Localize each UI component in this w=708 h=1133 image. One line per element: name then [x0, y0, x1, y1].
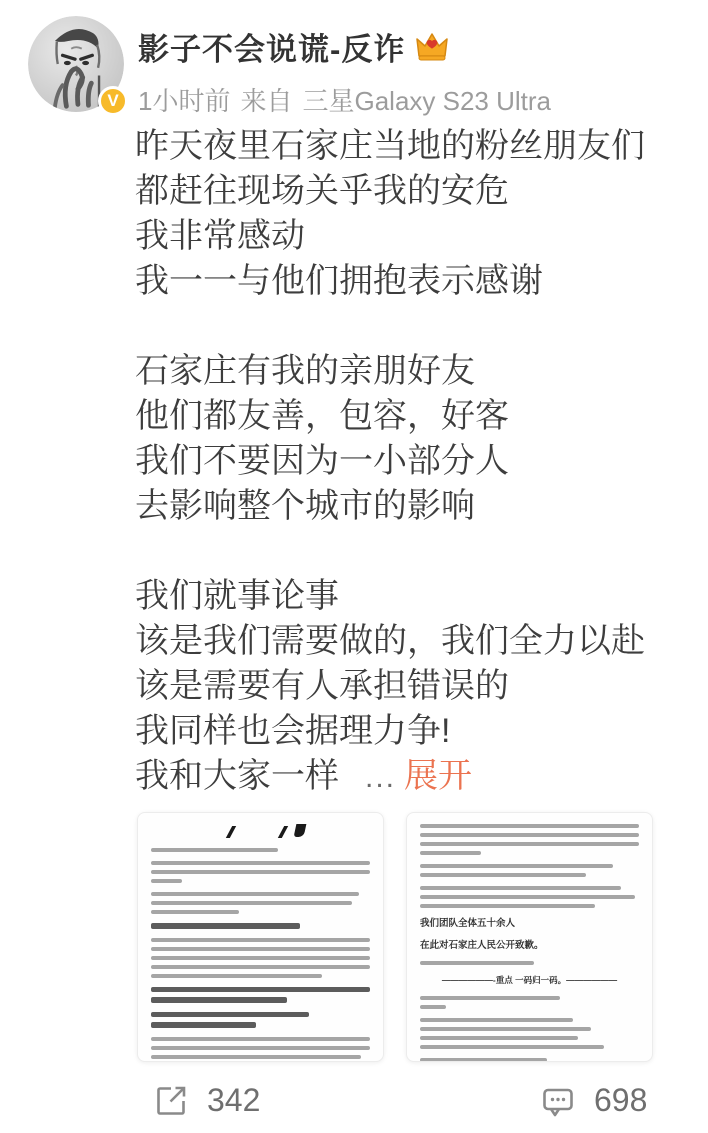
- blurred-text-line: [151, 997, 287, 1003]
- blurred-text-line: [420, 961, 534, 965]
- blurred-text-line: [151, 892, 359, 896]
- blurred-text-line: [420, 904, 595, 908]
- post-text-line: 昨天夜里石家庄当地的粉丝朋友们: [135, 124, 700, 169]
- attachment-image-statement-page-1[interactable]: [137, 812, 384, 1062]
- blurred-text-line: [151, 987, 370, 993]
- doc-heading-text: 我们团队全体五十余人: [420, 917, 639, 930]
- doc-heading: 我们团队全体五十余人: [420, 917, 639, 930]
- blurred-text-line: [151, 861, 370, 865]
- post-text-line: 石家庄有我的亲朋好友: [135, 349, 700, 394]
- attachment-image-statement-page-2[interactable]: 我们团队全体五十余人在此对石家庄人民公开致歉。——————-重点 一码归一码。—…: [406, 812, 653, 1062]
- doc-blurred-paragraph: [151, 848, 370, 852]
- post-text-line: 我们不要因为一小部分人: [135, 439, 700, 484]
- blurred-text-line: [420, 833, 639, 837]
- cropped-large-text-marks: [229, 824, 370, 838]
- blurred-text-line: [420, 864, 613, 868]
- blurred-text-line: [151, 974, 322, 978]
- blurred-text-line: [420, 824, 639, 828]
- expand-link[interactable]: 展开: [404, 754, 472, 799]
- post-text-line: 我们就事论事: [135, 574, 700, 619]
- post-text-line: 我非常感动: [135, 214, 700, 259]
- blurred-text-line: [420, 996, 560, 1000]
- truncation-ellipsis: ...: [365, 755, 396, 800]
- repost-icon: [153, 1083, 189, 1119]
- blurred-text-line: [151, 1012, 309, 1018]
- blurred-text-line: [151, 1046, 370, 1050]
- post-text-line: 该是我们需要做的，我们全力以赴: [135, 619, 700, 664]
- blurred-text-line: [420, 895, 635, 899]
- comment-count: 698: [594, 1082, 647, 1119]
- post-paragraphs: 昨天夜里石家庄当地的粉丝朋友们都赶往现场关乎我的安危我非常感动我一一与他们拥抱表…: [135, 124, 700, 754]
- blurred-text-line: [151, 870, 370, 874]
- doc-heading: ——————-重点 一码归一码。——————: [420, 974, 639, 987]
- doc-blurred-paragraph: [420, 864, 639, 877]
- blurred-text-line: [151, 901, 352, 905]
- vip-crown-icon: [414, 31, 450, 63]
- blurred-text-line: [151, 965, 370, 969]
- doc-blurred-paragraph: [151, 923, 370, 929]
- repost-button[interactable]: 342: [153, 1082, 260, 1119]
- blurred-text-line: [420, 873, 586, 877]
- source-device[interactable]: 三星Galaxy S23 Ultra: [302, 86, 551, 116]
- username[interactable]: 影子不会说谎-反诈: [138, 24, 405, 69]
- blurred-text-line: [420, 842, 639, 846]
- doc-blurred-paragraph: [420, 824, 639, 855]
- doc-blurred-paragraph: [151, 938, 370, 978]
- doc-blurred-paragraph: [420, 961, 639, 965]
- blurred-text-line: [151, 848, 278, 852]
- blurred-text-line: [420, 1058, 547, 1062]
- doc-heading: 在此对石家庄人民公开致歉。: [420, 939, 639, 952]
- blurred-text-line: [420, 1027, 591, 1031]
- blurred-text-line: [420, 1045, 604, 1049]
- doc-heading-text: ——————-重点 一码归一码。——————: [420, 974, 639, 987]
- blurred-text-line: [151, 956, 370, 960]
- blurred-text-line: [420, 1018, 573, 1022]
- doc-blurred-paragraph: [151, 892, 370, 914]
- doc-blurred-paragraph: [151, 861, 370, 883]
- doc-heading-text: 在此对石家庄人民公开致歉。: [420, 939, 639, 952]
- doc-blurred-paragraph: [151, 1037, 370, 1063]
- doc-blurred-paragraph: [151, 987, 370, 1003]
- post-text-line: 该是需要有人承担错误的: [135, 664, 700, 709]
- action-bar: 342 698: [0, 1082, 708, 1133]
- source-prefix: 来自: [240, 86, 292, 116]
- post-meta: 1小时前来自三星Galaxy S23 Ultra: [138, 81, 561, 118]
- post-paragraph: 我们就事论事该是我们需要做的，我们全力以赴该是需要有人承担错误的我同样也会据理力…: [135, 574, 700, 754]
- blurred-text-line: [151, 923, 300, 929]
- blurred-text-line: [151, 1055, 361, 1059]
- timestamp: 1小时前: [138, 86, 230, 116]
- avatar[interactable]: V: [28, 16, 124, 112]
- post-text-line: 我同样也会据理力争!: [135, 709, 700, 754]
- doc-blurred-paragraph: [420, 1018, 639, 1049]
- blurred-text-line: [151, 1022, 256, 1028]
- blurred-text-line: [151, 910, 239, 914]
- post-paragraph: 石家庄有我的亲朋好友他们都友善，包容，好客我们不要因为一小部分人去影响整个城市的…: [135, 349, 700, 529]
- post-truncated-line: 我和大家一样 ... 展开: [135, 754, 700, 800]
- blurred-text-line: [151, 879, 182, 883]
- verified-badge: V: [98, 86, 128, 116]
- blurred-text-line: [151, 1037, 370, 1041]
- doc-blurred-paragraph: [420, 886, 639, 908]
- post-header: V 影子不会说谎-反诈 1小时前来自三星Galaxy S23 Ultra: [28, 16, 561, 118]
- post-text-line: 我一一与他们拥抱表示感谢: [135, 259, 700, 304]
- repost-count: 342: [207, 1082, 260, 1119]
- blurred-text-line: [151, 947, 370, 951]
- post-text-line: 都赶往现场关乎我的安危: [135, 169, 700, 214]
- doc-blurred-paragraph: [420, 1058, 639, 1062]
- blurred-text-line: [420, 886, 621, 890]
- blurred-text-line: [151, 938, 370, 942]
- attachment-images: 我们团队全体五十余人在此对石家庄人民公开致歉。——————-重点 一码归一码。—…: [137, 812, 653, 1062]
- blurred-text-line: [420, 851, 481, 855]
- doc-blurred-paragraph: [420, 996, 639, 1009]
- comment-button[interactable]: 698: [540, 1082, 647, 1119]
- post-paragraph: 昨天夜里石家庄当地的粉丝朋友们都赶往现场关乎我的安危我非常感动我一一与他们拥抱表…: [135, 124, 700, 304]
- post-content: 昨天夜里石家庄当地的粉丝朋友们都赶往现场关乎我的安危我非常感动我一一与他们拥抱表…: [135, 124, 700, 800]
- post-text-line: 去影响整个城市的影响: [135, 484, 700, 529]
- comment-icon: [540, 1083, 576, 1119]
- blurred-text-line: [420, 1036, 578, 1040]
- doc-blurred-paragraph: [151, 1012, 370, 1028]
- post-text-line: 我和大家一样: [135, 754, 339, 799]
- blurred-text-line: [420, 1005, 446, 1009]
- post-text-line: 他们都友善，包容，好客: [135, 394, 700, 439]
